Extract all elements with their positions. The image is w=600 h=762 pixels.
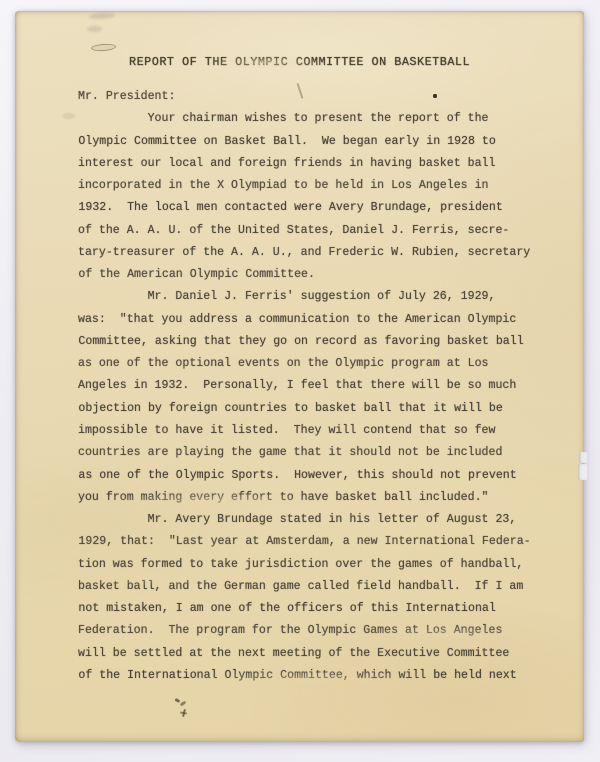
typed-line: as one of the Olympic Sports. However, t… [78,465,530,487]
typed-line: Olympic Committee on Basket Ball. We beg… [78,131,530,153]
typed-line: Mr. Avery Brundage stated in his letter … [78,509,530,531]
typed-line: tary-treasurer of the A. A. U., and Fred… [78,242,530,264]
typed-line: Mr. Daniel J. Ferris' suggestion of July… [78,286,530,308]
typed-line: tion was formed to take jurisdiction ove… [78,554,530,576]
typed-line: incorporated in the X Olympiad to be hel… [78,175,530,197]
typed-line: Your chairman wishes to present the repo… [78,108,530,130]
ink-flick-icon [182,709,186,717]
scanner-bed: { "document": { "title": "REPORT OF THE … [0,0,600,762]
ink-flick-icon [180,701,187,707]
typed-line: Federation. The program for the Olympic … [78,620,530,642]
typed-line: 1929, that: "Last year at Amsterdam, a n… [78,531,530,553]
document-page: REPORT OF THE OLYMPIC COMMITTEE ON BASKE… [15,11,584,742]
typed-line: countries are playing the game that it s… [78,442,530,464]
typed-line: you from making every effort to have bas… [78,487,530,509]
ink-flick-icon [180,712,187,715]
typed-line: not mistaken, I am one of the officers o… [78,598,530,620]
typed-line: of the American Olympic Committee. [78,264,530,286]
typed-line: interest our local and foreign friends i… [78,153,530,175]
page-title: REPORT OF THE OLYMPIC COMMITTEE ON BASKE… [129,55,470,69]
typed-line: as one of the optional events on the Oly… [78,353,530,375]
typed-body: Mr. President: Your chairman wishes to p… [78,86,530,687]
typed-line: of the A. A. U. of the United States, Da… [78,220,530,242]
pencil-smudge-icon [89,12,115,19]
ink-flick-icon [175,698,181,703]
pencil-dash-icon [91,43,116,52]
pencil-smudge-icon [62,113,75,119]
pencil-smudge-icon [87,26,102,32]
typed-line: basket ball, and the German game called … [78,576,530,598]
typed-line: Committee, asking that they go on record… [78,331,530,353]
typed-line: will be settled at the next meeting of t… [78,643,530,665]
typed-line: Angeles in 1932. Personally, I feel that… [78,375,530,397]
typed-line: was: "that you address a communication t… [78,309,530,331]
typed-line: of the International Olympic Committee, … [78,665,530,687]
typed-line: objection by foreign countries to basket… [78,398,530,420]
typed-line: 1932. The local men contacted were Avery… [78,197,530,219]
typed-line: Mr. President: [78,86,530,108]
typed-line: impossible to have it listed. They will … [78,420,530,442]
